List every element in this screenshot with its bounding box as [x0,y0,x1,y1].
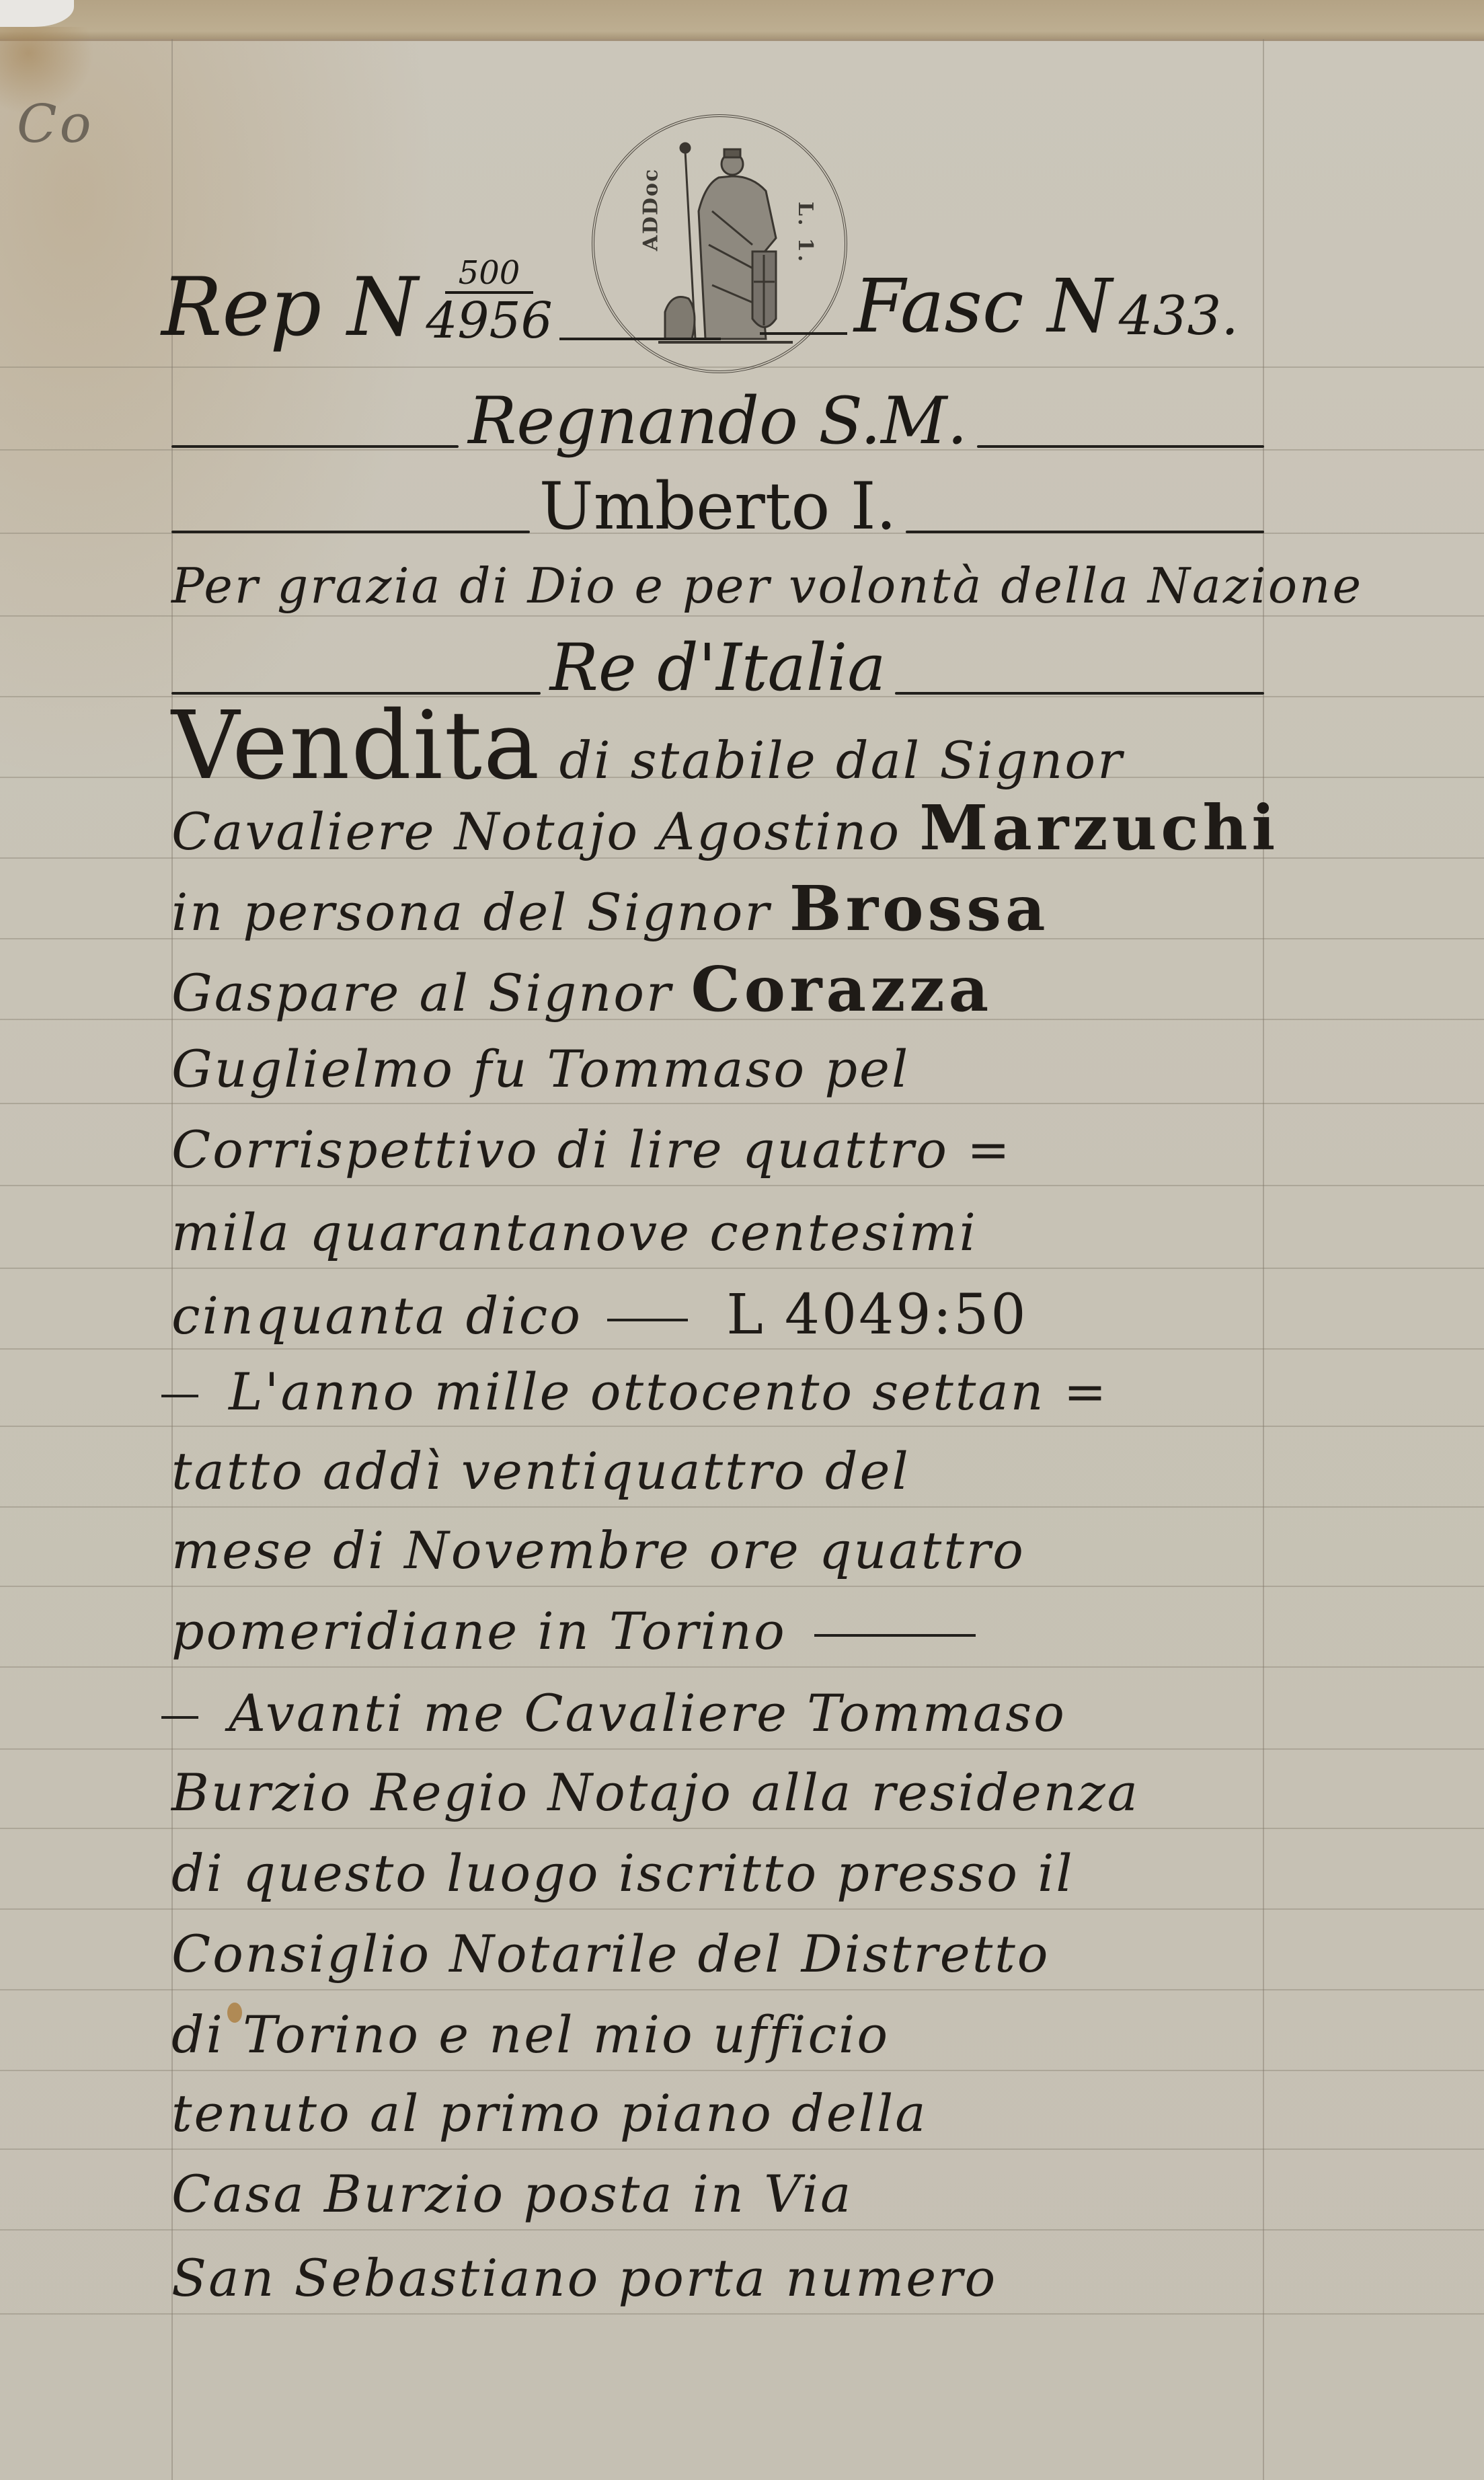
trailing-rule [814,1634,976,1637]
fascicle-number: Fasc N 433. [760,269,1239,343]
line-text: Gaspare al Signor [171,963,672,1023]
name-highlight: Brossa [789,872,1050,945]
ruled-line [0,1506,1484,1508]
line-text: Avanti me Cavaliere Tommaso [229,1683,1066,1743]
body-line: Cavaliere Notajo Agostino Marzuchi [171,797,1264,859]
ruled-line [0,1103,1484,1104]
ruled-line [0,1185,1484,1186]
body-line: mese di Novembre ore quattro [171,1525,1264,1576]
title-rule-left [171,531,530,533]
name-highlight: Marzuchi [919,791,1279,864]
corner-annotation: Co [17,94,94,155]
ruled-line [0,1348,1484,1350]
fasc-label: Fasc N [854,269,1112,343]
body-line: pomeridiane in Torino [171,1606,1264,1657]
rep-label: Rep N [161,268,418,348]
title-text: Re d'Italia [541,635,896,700]
ruled-line [0,2313,1484,2315]
body-line: Burzio Regio Notajo alla residenza [171,1767,1264,1818]
body-line: Gaspare al Signor Corazza [171,958,1264,1020]
ruled-line [0,1586,1484,1587]
ruled-line [0,1426,1484,1427]
ruled-line [0,1748,1484,1750]
body-line: Vendita di stabile dal Signor [171,699,1264,793]
fasc-number: 433. [1119,289,1239,343]
ruled-line [0,1666,1484,1668]
ruled-line [0,1828,1484,1829]
fasc-underline [760,332,847,335]
title-king: Umberto I. [171,474,1264,539]
body-line: Corrispettivo di lire quattro = [171,1124,1264,1175]
rep-number-top: 500 [445,256,534,294]
lead-dash [161,1716,198,1719]
line-text: cinquanta dico [171,1286,582,1346]
ruled-line [0,1989,1484,1990]
body-line: Guglielmo fu Tommaso pel [171,1044,1264,1095]
rep-number-bottom: 4956 [426,294,552,348]
body-line: di Torino e nel mio ufficio [171,2009,1264,2060]
amount-dash [607,1319,688,1321]
line-text: Cavaliere Notajo Agostino [171,802,901,861]
name-highlight: Corazza [691,953,992,1025]
ruled-line [0,1268,1484,1269]
title-rule-right [895,692,1264,695]
line-text: di stabile dal Signor [559,730,1124,790]
ruled-line [0,615,1484,617]
ruled-line [0,2070,1484,2071]
line-text: in persona del Signor [171,882,771,942]
ruled-line [0,1908,1484,1910]
ruled-line [0,2229,1484,2231]
line-text: pomeridiane in Torino [171,1601,787,1661]
line-text: L'anno mille ottocento settan = [229,1362,1108,1422]
title-rule-right [977,445,1264,448]
body-line: Casa Burzio posta in Via [171,2169,1264,2220]
body-line: Avanti me Cavaliere Tommaso [161,1688,1254,1739]
ruled-line [0,2148,1484,2150]
deed-title: Vendita [171,691,541,801]
title-rule-left [171,445,459,448]
body-line: L'anno mille ottocento settan = [161,1366,1254,1418]
body-line: Consiglio Notarile del Distretto [171,1929,1264,1980]
title-re-italia: Re d'Italia [171,635,1264,700]
title-text: Regnando S.M. [459,389,977,453]
body-line: cinquanta dico L 4049:50 [171,1288,1264,1343]
amount-total: L 4049:50 [726,1283,1027,1347]
seal-right-text: L. 1. [793,202,817,264]
body-line: tenuto al primo piano della [171,2088,1264,2139]
title-rule-right [906,531,1264,533]
ink-spot [227,2003,242,2023]
rep-underline [559,338,721,340]
lead-dash [161,1395,198,1397]
body-line: tatto addì ventiquattro del [171,1446,1264,1497]
title-regnando: Regnando S.M. [171,389,1264,453]
title-grazia: Per grazia di Dio e per volontà della Na… [171,561,1264,610]
title-text: Umberto I. [530,474,906,539]
body-line: San Sebastiano porta numero [171,2253,1264,2304]
repertory-number: Rep N 500 4956 [161,256,721,348]
body-line: mila quarantanove centesimi [171,1207,1264,1258]
body-line: in persona del Signor Brossa [171,878,1264,939]
body-line: di questo luogo iscritto presso il [171,1848,1264,1899]
rep-fraction: 500 4956 [426,256,552,348]
folded-top-edge [0,0,1484,41]
